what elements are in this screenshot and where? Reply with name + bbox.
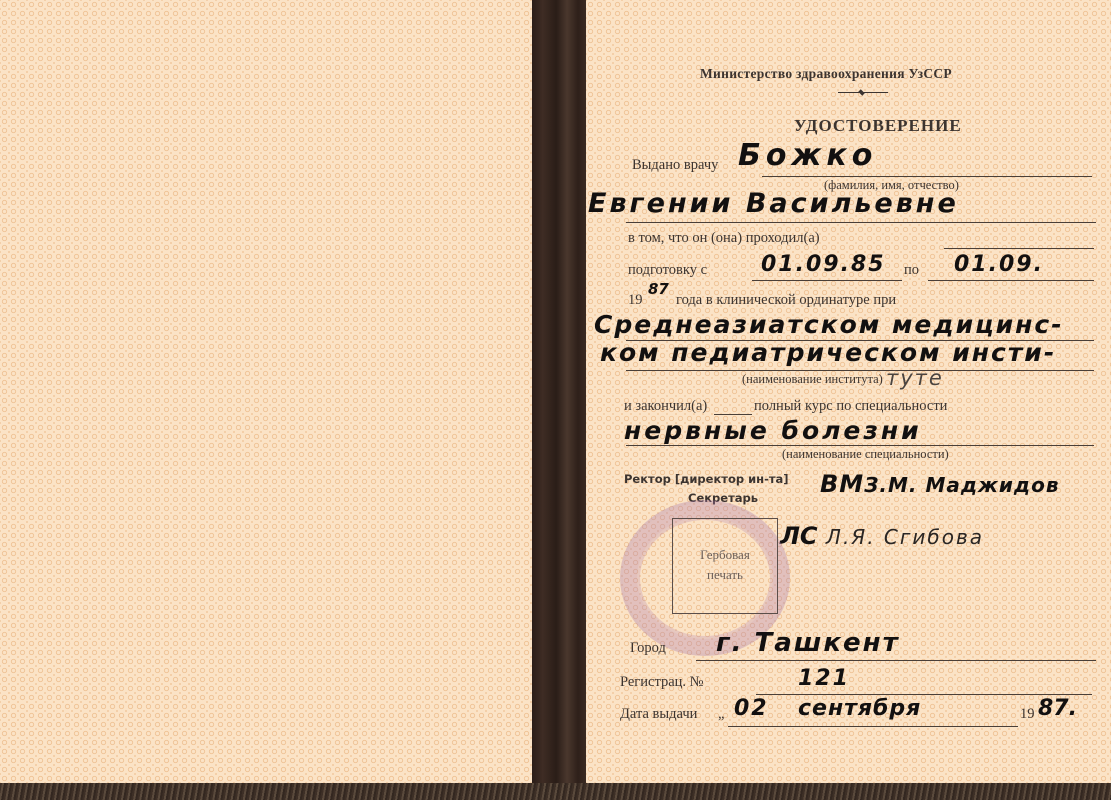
rector-name: З.М. Маджидов (864, 473, 1059, 497)
training-from-handwritten: 01.09.85 (761, 252, 886, 277)
city-handwritten: г. Ташкент (716, 628, 900, 658)
reg-number-line (756, 694, 1092, 695)
training-to-handwritten: 01.09. (954, 252, 1044, 277)
rector-signature: ВМЗ.М. Маджидов (820, 470, 1059, 498)
surname-handwritten: Божко (738, 138, 877, 173)
issue-year-suffix-handwritten: 87. (1038, 696, 1077, 721)
rector-label: Ректор [директор ин-та] (624, 472, 789, 486)
document-title: УДОСТОВЕРЕНИЕ (794, 116, 962, 136)
institute-caption: (наименование института) (742, 372, 883, 387)
residency-label: года в клинической ординатуре при (676, 292, 896, 309)
specialty-rule (626, 445, 1094, 446)
issue-day-handwritten: 02 (734, 696, 769, 721)
issue-date-label: Дата выдачи (620, 706, 697, 723)
seal-placeholder-box: Гербовая печать (672, 518, 778, 614)
institute-line2-handwritten: ком педиатрическом инсти- (600, 338, 1056, 367)
training-to-line (928, 280, 1094, 281)
completed-line (944, 248, 1094, 249)
institute-line1-handwritten: Среднеазиатском медицинс- (594, 310, 1064, 339)
secretary-signature: ЛС Л.Я. Сгибова (780, 522, 984, 550)
issue-year-prefix: 19 (1020, 706, 1035, 723)
issue-date-quote: „ (718, 706, 724, 723)
surname-line (762, 176, 1092, 177)
reg-number-handwritten: 121 (798, 666, 850, 691)
first-name-line (626, 222, 1096, 223)
training-from-line (752, 280, 902, 281)
seal-label-line2: печать (673, 567, 777, 583)
left-page (0, 0, 532, 783)
specialty-handwritten: нервные болезни (624, 416, 922, 445)
right-page-certificate: Министерство здравоохранения УзССР УДОСТ… (586, 0, 1111, 783)
year-suffix-handwritten: 87 (648, 280, 669, 298)
secretary-name: Л.Я. Сгибова (826, 525, 984, 549)
full-course-label: полный курс по специальности (754, 398, 947, 415)
city-label: Город (630, 640, 666, 657)
cover-edge-bottom (0, 783, 1111, 800)
institute-line2-rule (626, 370, 1094, 371)
training-to-label: по (904, 262, 919, 279)
issued-to-label: Выдано врачу (632, 157, 718, 174)
completed-label: в том, что он (она) проходил(а) (628, 230, 820, 247)
ornament-divider-icon (838, 92, 888, 93)
specialty-caption: (наименование специальности) (782, 447, 949, 462)
city-line (696, 660, 1096, 661)
ministry-header: Министерство здравоохранения УзССР (700, 66, 952, 82)
first-name-patronymic-handwritten: Евгении Васильевне (588, 188, 959, 219)
book-spine (532, 0, 586, 800)
institute-line3-handwritten: туте (886, 366, 944, 390)
issue-month-handwritten: сентября (798, 696, 921, 721)
reg-number-label: Регистрац. № (620, 674, 704, 691)
training-from-label: подготовку с (628, 262, 707, 279)
issue-date-line (728, 726, 1018, 727)
specialty-handwritten-part1: нервные болезни (624, 416, 922, 445)
finished-label: и закончил(а) (624, 398, 707, 415)
year-prefix: 19 (628, 292, 643, 309)
finished-blank-line (714, 414, 752, 415)
seal-label-line1: Гербовая (673, 547, 777, 563)
